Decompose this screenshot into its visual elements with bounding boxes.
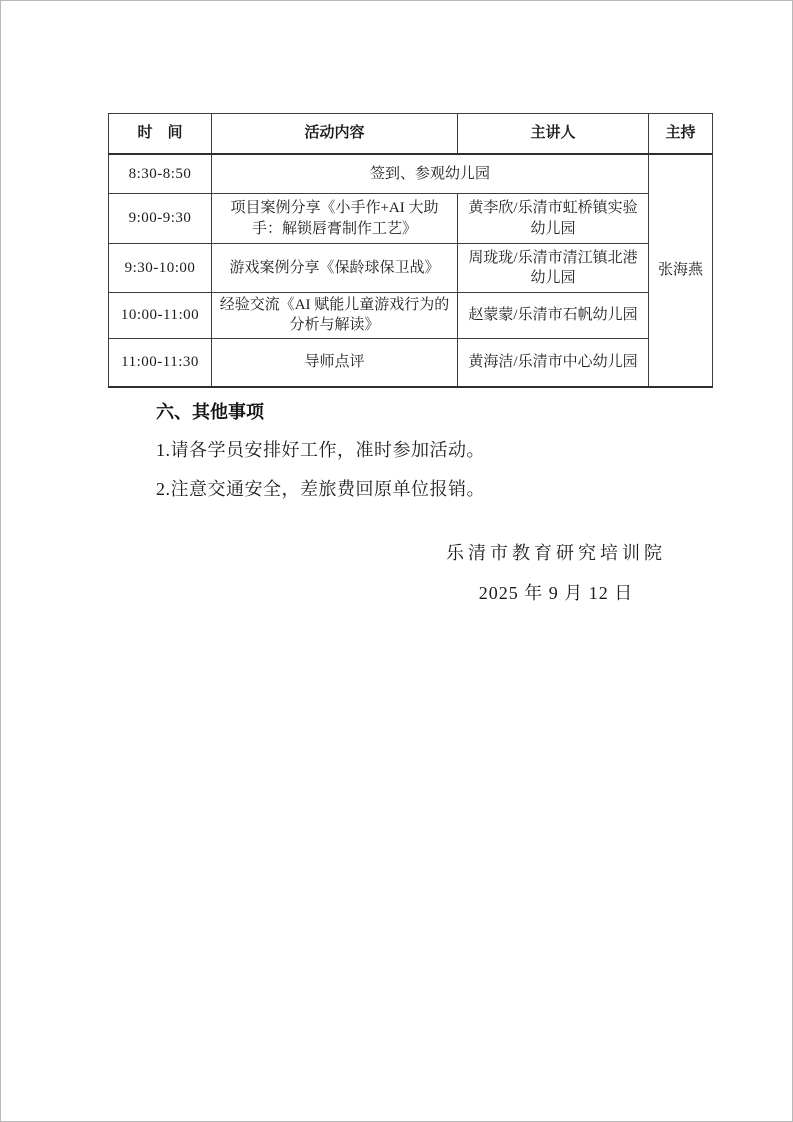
- speaker-cell: 周珑珑/乐清市清江镇北港幼儿园: [458, 244, 649, 293]
- table-row: 11:00-11:30 导师点评 黄海洁/乐清市中心幼儿园: [109, 338, 713, 387]
- table-row: 10:00-11:00 经验交流《AI 赋能儿童游戏行为的分析与解读》 赵蒙蒙/…: [109, 293, 713, 339]
- table-header-row: 时 间 活动内容 主讲人 主持: [109, 114, 713, 154]
- activity-cell: 经验交流《AI 赋能儿童游戏行为的分析与解读》: [212, 293, 458, 339]
- activity-cell: 游戏案例分享《保龄球保卫战》: [212, 244, 458, 293]
- header-activity: 活动内容: [212, 114, 458, 154]
- signature-date: 2025 年 9 月 12 日: [401, 582, 711, 604]
- time-cell: 8:30-8:50: [109, 154, 212, 194]
- activity-cell: 签到、参观幼儿园: [212, 154, 649, 194]
- activity-cell: 项目案例分享《小手作+AI 大助手：解锁唇膏制作工艺》: [212, 194, 458, 244]
- activity-cell: 导师点评: [212, 338, 458, 387]
- host-cell: 张海燕: [649, 154, 713, 388]
- speaker-cell: 黄海洁/乐清市中心幼儿园: [458, 338, 649, 387]
- note-line-1: 1.请各学员安排好工作，准时参加活动。: [156, 439, 792, 461]
- signature-block: 乐清市教育研究培训院 2025 年 9 月 12 日: [401, 542, 711, 604]
- speaker-cell: 赵蒙蒙/乐清市石帆幼儿园: [458, 293, 649, 339]
- speaker-cell: 黄李欣/乐清市虹桥镇实验幼儿园: [458, 194, 649, 244]
- time-cell: 9:00-9:30: [109, 194, 212, 244]
- note-line-2: 2.注意交通安全，差旅费回原单位报销。: [156, 478, 792, 500]
- table-row: 9:00-9:30 项目案例分享《小手作+AI 大助手：解锁唇膏制作工艺》 黄李…: [109, 194, 713, 244]
- document-page: 时 间 活动内容 主讲人 主持 8:30-8:50 签到、参观幼儿园 张海燕 9…: [0, 0, 793, 1122]
- header-time: 时 间: [109, 114, 212, 154]
- section-heading: 六、其他事项: [156, 402, 792, 422]
- signature-organization: 乐清市教育研究培训院: [401, 542, 711, 564]
- agenda-table: 时 间 活动内容 主讲人 主持 8:30-8:50 签到、参观幼儿园 张海燕 9…: [108, 113, 713, 388]
- time-cell: 11:00-11:30: [109, 338, 212, 387]
- header-speaker: 主讲人: [458, 114, 649, 154]
- header-host: 主持: [649, 114, 713, 154]
- time-cell: 9:30-10:00: [109, 244, 212, 293]
- time-cell: 10:00-11:00: [109, 293, 212, 339]
- table-row: 8:30-8:50 签到、参观幼儿园 张海燕: [109, 154, 713, 194]
- table-row: 9:30-10:00 游戏案例分享《保龄球保卫战》 周珑珑/乐清市清江镇北港幼儿…: [109, 244, 713, 293]
